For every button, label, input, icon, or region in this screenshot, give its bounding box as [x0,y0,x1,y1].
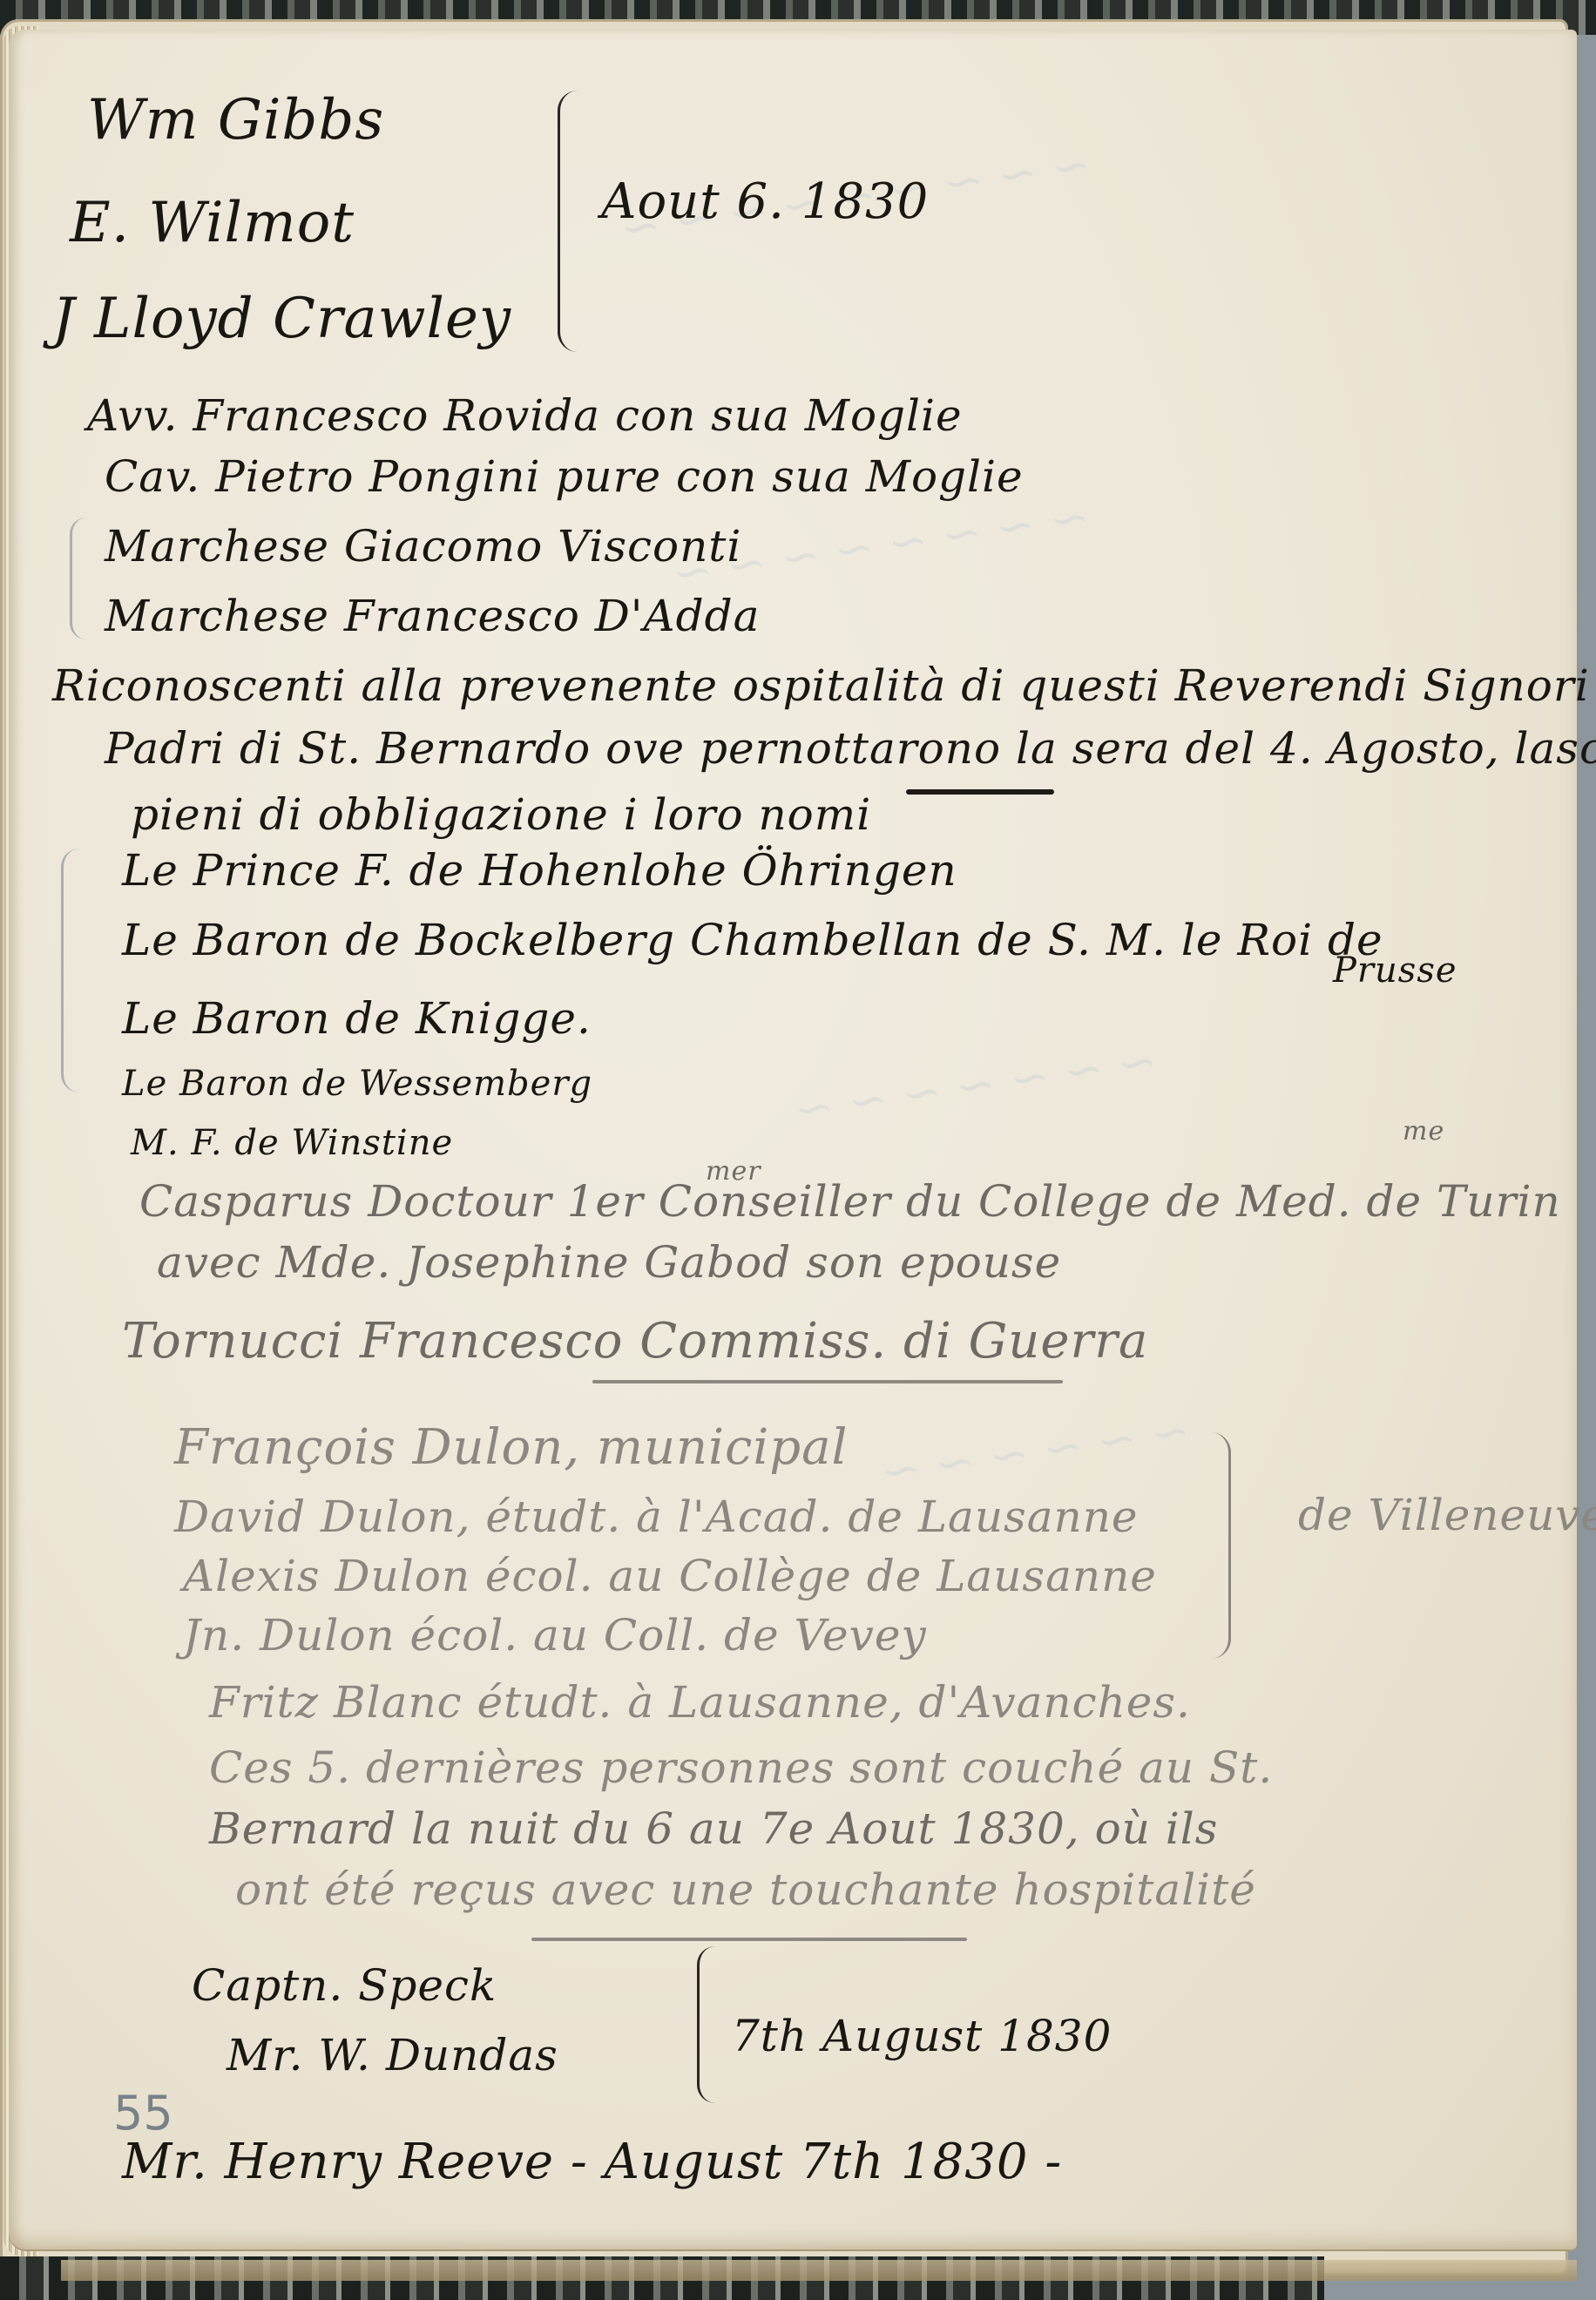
register-line: pieni di obbligazione i loro nomi [131,793,871,836]
guest-name: E. Wilmot [70,195,355,251]
ink-flourish [531,1938,967,1941]
grouping-brace [558,91,578,352]
register-line: Marchese Francesco D'Adda [105,594,760,638]
register-line: Bernard la nuit du 6 au 7e Aout 1830, où… [209,1807,1218,1850]
pencil-bracket [61,849,79,1092]
grouping-brace [697,1946,715,2103]
superscript: me [1403,1119,1444,1145]
register-line: Mr. Henry Reeve - August 7th 1830 - [122,2138,1062,2187]
register-line: Alexis Dulon écol. au Collège de Lausann… [183,1554,1157,1598]
register-line: Riconoscenti alla prevenente ospitalità … [52,664,1590,707]
origin-label: de Villeneuve [1298,1493,1596,1537]
register-line: Padri di St. Bernardo ove pernottarono l… [105,727,1596,770]
register-line: Tornucci Francesco Commiss. di Guerra [122,1317,1148,1366]
show-through-text: ~ ~ ~ ~ ~ ~ [877,1402,1194,1499]
pencil-page-number: 55 [113,2086,173,2141]
register-line: François Dulon, municipal [174,1424,848,1472]
register-line: Prusse [1333,953,1457,988]
register-page: ~ ~ ~ ~ ~ ~ ~ ~ ~ ~ ~ ~ ~ ~ ~ ~ ~ ~ ~ ~ … [9,30,1577,2249]
register-line: Casparus Doctour 1er Conseiller du Colle… [139,1180,1561,1223]
register-line: Cav. Pietro Pongini pure con sua Moglie [105,455,1024,498]
register-line: Jn. Dulon écol. au Coll. de Vevey [183,1613,927,1657]
page-bottom-wear [61,2260,1577,2281]
register-line: avec Mde. Josephine Gabod son epouse [157,1241,1061,1284]
register-line: ont été reçus avec une touchante hospita… [235,1868,1256,1911]
register-line: Ces 5. dernières personnes sont couché a… [209,1746,1273,1789]
entry-date: 7th August 1830 [732,2014,1112,2058]
ink-flourish [906,789,1054,795]
register-line: David Dulon, étudt. à l'Acad. de Lausann… [174,1495,1139,1539]
entry-date: Aout 6. 1830 [601,178,929,227]
pencil-bracket [70,517,86,639]
register-line: Marchese Giacomo Visconti [105,524,741,568]
guest-name: Mr. W. Dundas [227,2033,558,2077]
guest-name: J Lloyd Crawley [52,291,511,347]
ink-flourish [592,1380,1063,1383]
guest-name: Wm Gibbs [87,92,384,148]
guest-name: Captn. Speck [192,1964,497,2007]
show-through-text: ~ ~ ~ ~ ~ ~ ~ [791,1032,1160,1138]
register-line: Fritz Blanc étudt. à Lausanne, d'Avanche… [209,1681,1191,1724]
register-line: Le Baron de Knigge. [122,997,592,1040]
register-line: Le Baron de Wessemberg [122,1066,592,1101]
register-line: M. F. de Winstine [131,1126,453,1160]
register-line: Le Prince F. de Hohenlohe Öhringen [122,849,957,892]
register-line: Le Baron de Bockelberg Chambellan de S. … [122,918,1383,962]
register-line: Avv. Francesco Rovida con sua Moglie [87,394,963,437]
grouping-brace [1211,1432,1231,1659]
